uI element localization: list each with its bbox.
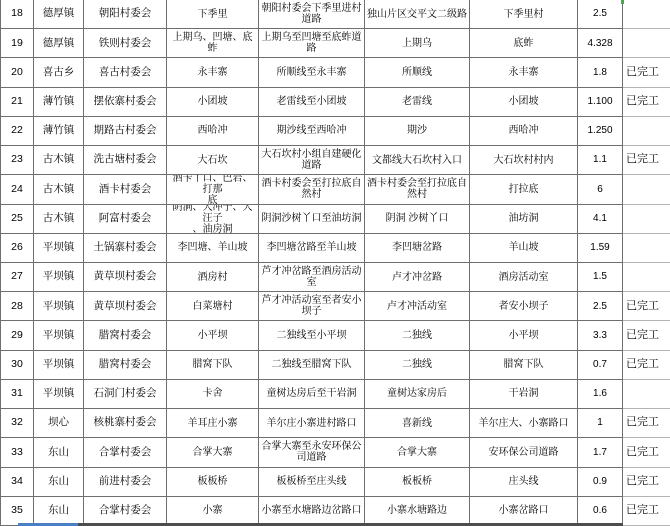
cell-distance[interactable]: 2.5 <box>578 292 623 321</box>
cell-corner-marker <box>621 0 624 4</box>
cell-town[interactable]: 平坝镇 <box>34 292 84 321</box>
cell-distance[interactable]: 0.7 <box>578 351 623 380</box>
cell-start[interactable]: 酒卡村委会至打拉底自 然村 <box>365 175 470 204</box>
cell-num[interactable]: 33 <box>0 438 34 467</box>
cell-place[interactable]: 卡舍 <box>167 380 259 409</box>
cell-num[interactable]: 21 <box>0 88 34 117</box>
cell-committee[interactable]: 铁则村委会 <box>84 29 167 58</box>
cell-start[interactable]: 期沙 <box>365 117 470 146</box>
cell-num[interactable]: 31 <box>0 380 34 409</box>
cell-distance[interactable]: 1.1 <box>578 146 623 175</box>
cell-committee[interactable]: 合掌村委会 <box>84 497 167 526</box>
cell-end[interactable]: 小团坡 <box>470 88 578 117</box>
cell-num[interactable]: 29 <box>0 321 34 350</box>
cell-place[interactable]: 小寨 <box>167 497 259 526</box>
cell-status[interactable] <box>623 117 670 146</box>
cell-town[interactable]: 东山 <box>34 468 84 497</box>
cell-num[interactable]: 24 <box>0 175 34 204</box>
cell-status[interactable]: 已完工 <box>623 438 670 467</box>
cell-road[interactable]: 大石坎村小组自建硬化 道路 <box>259 146 365 175</box>
cell-end[interactable]: 者安小坝子 <box>470 292 578 321</box>
cell-road[interactable]: 酒卡村委会至打拉底自 然村 <box>259 175 365 204</box>
cell-committee[interactable]: 朝阳村委会 <box>84 0 167 29</box>
cell-road[interactable]: 所顺线至永丰寨 <box>259 58 365 87</box>
cell-status[interactable]: 已完工 <box>623 146 670 175</box>
cell-distance[interactable]: 1.8 <box>578 58 623 87</box>
cell-start[interactable]: 喜新线 <box>365 409 470 438</box>
cell-status[interactable]: 已完工 <box>623 409 670 438</box>
cell-distance[interactable]: 1 <box>578 409 623 438</box>
cell-status[interactable] <box>623 29 670 58</box>
cell-town[interactable]: 薄竹镇 <box>34 88 84 117</box>
cell-town[interactable]: 平坝镇 <box>34 351 84 380</box>
cell-start[interactable]: 文都线大石坎村入口 <box>365 146 470 175</box>
cell-road[interactable]: 芦才冲活动室至者安小 坝子 <box>259 292 365 321</box>
cell-status[interactable]: 已完工 <box>623 58 670 87</box>
cell-road[interactable]: 阴洞沙树丫口至油坊洞 <box>259 205 365 234</box>
cell-town[interactable]: 坝心 <box>34 409 84 438</box>
cell-town[interactable]: 德厚镇 <box>34 29 84 58</box>
cell-committee[interactable]: 摆依寨村委会 <box>84 88 167 117</box>
cell-distance[interactable]: 3.3 <box>578 321 623 350</box>
cell-distance[interactable]: 2.5 <box>578 0 623 29</box>
cell-start[interactable]: 合掌大寨 <box>365 438 470 467</box>
cell-town[interactable]: 古木镇 <box>34 146 84 175</box>
cell-place[interactable]: 永丰寨 <box>167 58 259 87</box>
cell-committee[interactable]: 土锅寨村委会 <box>84 234 167 263</box>
cell-distance[interactable]: 1.5 <box>578 263 623 292</box>
cell-num[interactable]: 34 <box>0 468 34 497</box>
cell-road[interactable]: 童树达房后至干岩洞 <box>259 380 365 409</box>
cell-distance[interactable]: 0.9 <box>578 468 623 497</box>
cell-start[interactable]: 所顺线 <box>365 58 470 87</box>
cell-start[interactable]: 独山片区交平文二级路 <box>365 0 470 29</box>
cell-place[interactable]: 大石坎 <box>167 146 259 175</box>
cell-num[interactable]: 20 <box>0 58 34 87</box>
cell-distance[interactable]: 1.59 <box>578 234 623 263</box>
cell-start[interactable]: 小寨水塘路边 <box>365 497 470 526</box>
cell-road[interactable]: 板板桥至庄头线 <box>259 468 365 497</box>
cell-start[interactable]: 童树达家房后 <box>365 380 470 409</box>
cell-place[interactable]: 腊窝下队 <box>167 351 259 380</box>
table-bottom-border <box>78 523 623 526</box>
cell-start[interactable]: 卢才冲岔路 <box>365 263 470 292</box>
cell-start[interactable]: 老雷线 <box>365 88 470 117</box>
cell-place[interactable]: 西哈冲 <box>167 117 259 146</box>
cell-num[interactable]: 30 <box>0 351 34 380</box>
cell-start[interactable]: 卢才冲活动室 <box>365 292 470 321</box>
cell-committee[interactable]: 前进村委会 <box>84 468 167 497</box>
cell-place[interactable]: 上期乌、凹塘、底蚱 <box>167 29 259 58</box>
cell-distance[interactable]: 1.250 <box>578 117 623 146</box>
cell-place[interactable]: 下季里 <box>167 0 259 29</box>
cell-place[interactable]: 酒卡丫口、巴岩、打那 底 <box>167 175 259 204</box>
cell-num[interactable]: 19 <box>0 29 34 58</box>
cell-road[interactable]: 小寨至水塘路边岔路口 <box>259 497 365 526</box>
cell-committee[interactable]: 期路古村委会 <box>84 117 167 146</box>
cell-end[interactable]: 大石坎村村内 <box>470 146 578 175</box>
cell-town[interactable]: 平坝镇 <box>34 380 84 409</box>
cell-committee[interactable]: 黄草坝村委会 <box>84 292 167 321</box>
cell-end[interactable]: 干岩洞 <box>470 380 578 409</box>
cell-status[interactable]: 已完工 <box>623 497 670 526</box>
cell-num[interactable]: 25 <box>0 205 34 234</box>
cell-end[interactable]: 油坊洞 <box>470 205 578 234</box>
cell-num[interactable]: 23 <box>0 146 34 175</box>
cell-start[interactable]: 李凹塘岔路 <box>365 234 470 263</box>
cell-road[interactable]: 老雷线至小团坡 <box>259 88 365 117</box>
cell-end[interactable]: 羊尔庄大、小寨路口 <box>470 409 578 438</box>
cell-committee[interactable]: 洗古塘村委会 <box>84 146 167 175</box>
cell-num[interactable]: 18 <box>0 0 34 29</box>
cell-place[interactable]: 小平坝 <box>167 321 259 350</box>
cell-road[interactable]: 朝阳村委会下季里进村 道路 <box>259 0 365 29</box>
cell-town[interactable]: 东山 <box>34 497 84 526</box>
cell-committee[interactable]: 合掌村委会 <box>84 438 167 467</box>
cell-end[interactable]: 庄头线 <box>470 468 578 497</box>
cell-town[interactable]: 喜古乡 <box>34 58 84 87</box>
cell-status[interactable]: 已完工 <box>623 321 670 350</box>
cell-end[interactable]: 安环保公司道路 <box>470 438 578 467</box>
cell-end[interactable]: 打拉底 <box>470 175 578 204</box>
spreadsheet: 18德厚镇朝阳村委会下季里朝阳村委会下季里进村 道路独山片区交平文二级路下季里村… <box>0 0 670 526</box>
selection-border-fragment <box>18 523 78 526</box>
cell-num[interactable]: 35 <box>0 497 34 526</box>
cell-place[interactable]: 羊耳庄小寨 <box>167 409 259 438</box>
cell-start[interactable]: 阴洞 沙树丫口 <box>365 205 470 234</box>
cell-distance[interactable]: 6 <box>578 175 623 204</box>
cell-start[interactable]: 板板桥 <box>365 468 470 497</box>
cell-place[interactable]: 板板桥 <box>167 468 259 497</box>
cell-place[interactable]: 合掌大寨 <box>167 438 259 467</box>
cell-town[interactable]: 古木镇 <box>34 205 84 234</box>
cell-start[interactable]: 二独线 <box>365 351 470 380</box>
cell-place[interactable]: 李凹塘、羊山坡 <box>167 234 259 263</box>
cell-town[interactable]: 古木镇 <box>34 175 84 204</box>
cell-committee[interactable]: 石洞门村委会 <box>84 380 167 409</box>
cell-town[interactable]: 平坝镇 <box>34 321 84 350</box>
cell-committee[interactable]: 喜古村委会 <box>84 58 167 87</box>
cell-road[interactable]: 上期乌至凹塘至底蚱道 路 <box>259 29 365 58</box>
cell-end[interactable]: 小平坝 <box>470 321 578 350</box>
cell-num[interactable]: 22 <box>0 117 34 146</box>
cell-road[interactable]: 二独线至腊窝下队 <box>259 351 365 380</box>
cell-end[interactable]: 羊山坡 <box>470 234 578 263</box>
cell-status[interactable] <box>623 0 670 29</box>
cell-status[interactable] <box>623 205 670 234</box>
cell-status[interactable] <box>623 380 670 409</box>
cell-status[interactable]: 已完工 <box>623 292 670 321</box>
cell-road[interactable]: 合掌大寨至永安环保公 司道路 <box>259 438 365 467</box>
cell-place[interactable]: 阴洞、大冲子、大汪子 、油房洞 <box>167 205 259 234</box>
cell-end[interactable]: 酒房活动室 <box>470 263 578 292</box>
cell-status[interactable]: 已完工 <box>623 468 670 497</box>
cell-status[interactable] <box>623 234 670 263</box>
cell-road[interactable]: 羊尔庄小寨进村路口 <box>259 409 365 438</box>
cell-distance[interactable]: 4.328 <box>578 29 623 58</box>
cell-place[interactable]: 酒房村 <box>167 263 259 292</box>
cell-distance[interactable]: 1.6 <box>578 380 623 409</box>
cell-distance[interactable]: 1.7 <box>578 438 623 467</box>
spreadsheet-table: 18德厚镇朝阳村委会下季里朝阳村委会下季里进村 道路独山片区交平文二级路下季里村… <box>0 0 670 526</box>
cell-status[interactable]: 已完工 <box>623 351 670 380</box>
cell-status[interactable] <box>623 175 670 204</box>
cell-town[interactable]: 东山 <box>34 438 84 467</box>
cell-committee[interactable]: 腊窝村委会 <box>84 321 167 350</box>
cell-town[interactable]: 薄竹镇 <box>34 117 84 146</box>
cell-end[interactable]: 西哈冲 <box>470 117 578 146</box>
cell-start[interactable]: 二独线 <box>365 321 470 350</box>
cell-num[interactable]: 27 <box>0 263 34 292</box>
cell-distance[interactable]: 0.6 <box>578 497 623 526</box>
cell-distance[interactable]: 4.1 <box>578 205 623 234</box>
cell-end[interactable]: 底蚱 <box>470 29 578 58</box>
cell-start[interactable]: 上期乌 <box>365 29 470 58</box>
cell-road[interactable]: 李凹塘岔路至羊山坡 <box>259 234 365 263</box>
cell-num[interactable]: 26 <box>0 234 34 263</box>
cell-place[interactable]: 小团坡 <box>167 88 259 117</box>
cell-town[interactable]: 平坝镇 <box>34 263 84 292</box>
cell-committee[interactable]: 酒卡村委会 <box>84 175 167 204</box>
cell-num[interactable]: 32 <box>0 409 34 438</box>
cell-end[interactable]: 永丰寨 <box>470 58 578 87</box>
cell-town[interactable]: 德厚镇 <box>34 0 84 29</box>
cell-end[interactable]: 腊窝下队 <box>470 351 578 380</box>
cell-status[interactable] <box>623 263 670 292</box>
cell-distance[interactable]: 1.100 <box>578 88 623 117</box>
cell-town[interactable]: 平坝镇 <box>34 234 84 263</box>
cell-status[interactable]: 已完工 <box>623 88 670 117</box>
cell-road[interactable]: 二独线至小平坝 <box>259 321 365 350</box>
cell-committee[interactable]: 腊窝村委会 <box>84 351 167 380</box>
cell-place[interactable]: 白菜塘村 <box>167 292 259 321</box>
cell-committee[interactable]: 阿富村委会 <box>84 205 167 234</box>
cell-committee[interactable]: 黄草坝村委会 <box>84 263 167 292</box>
cell-end[interactable]: 小寨岔路口 <box>470 497 578 526</box>
cell-road[interactable]: 期沙线至西哈冲 <box>259 117 365 146</box>
cell-committee[interactable]: 核桃寨村委会 <box>84 409 167 438</box>
cell-road[interactable]: 芦才冲岔路至酒房活动 室 <box>259 263 365 292</box>
cell-end[interactable]: 下季里村 <box>470 0 578 29</box>
cell-num[interactable]: 28 <box>0 292 34 321</box>
